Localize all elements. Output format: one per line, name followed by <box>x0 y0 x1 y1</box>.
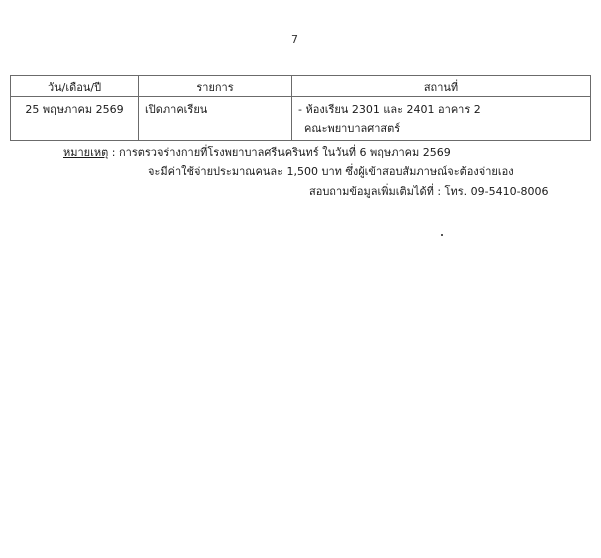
scan-speck <box>441 234 443 236</box>
header-date: วัน/เดือน/ปี <box>11 76 139 97</box>
cell-date: 25 พฤษภาคม 2569 <box>11 97 139 141</box>
header-item: รายการ <box>139 76 292 97</box>
note-line-3: สอบถามข้อมูลเพิ่มเติมได้ที่ : โทร. 09-54… <box>309 182 549 200</box>
note-line-2: จะมีค่าใช้จ่ายประมาณคนละ 1,500 บาท ซึ่งผ… <box>148 162 514 180</box>
location-line: คณะพยาบาลศาสตร์ <box>298 119 584 138</box>
note-text-1: การตรวจร่างกายที่โรงพยาบาลศรีนครินทร์ ใน… <box>119 146 451 159</box>
page-number: 7 <box>291 33 298 46</box>
table-row: 25 พฤษภาคม 2569 เปิดภาคเรียน - ห้องเรียน… <box>11 97 591 141</box>
cell-item: เปิดภาคเรียน <box>139 97 292 141</box>
table-header-row: วัน/เดือน/ปี รายการ สถานที่ <box>11 76 591 97</box>
note-separator: : <box>108 146 119 159</box>
note-line-1: หมายเหตุ : การตรวจร่างกายที่โรงพยาบาลศรี… <box>63 143 451 161</box>
header-location: สถานที่ <box>292 76 591 97</box>
cell-location: - ห้องเรียน 2301 และ 2401 อาคาร 2 คณะพยา… <box>292 97 591 141</box>
schedule-table: วัน/เดือน/ปี รายการ สถานที่ 25 พฤษภาคม 2… <box>10 75 591 141</box>
location-line: - ห้องเรียน 2301 และ 2401 อาคาร 2 <box>298 100 584 119</box>
note-label: หมายเหตุ <box>63 146 108 159</box>
